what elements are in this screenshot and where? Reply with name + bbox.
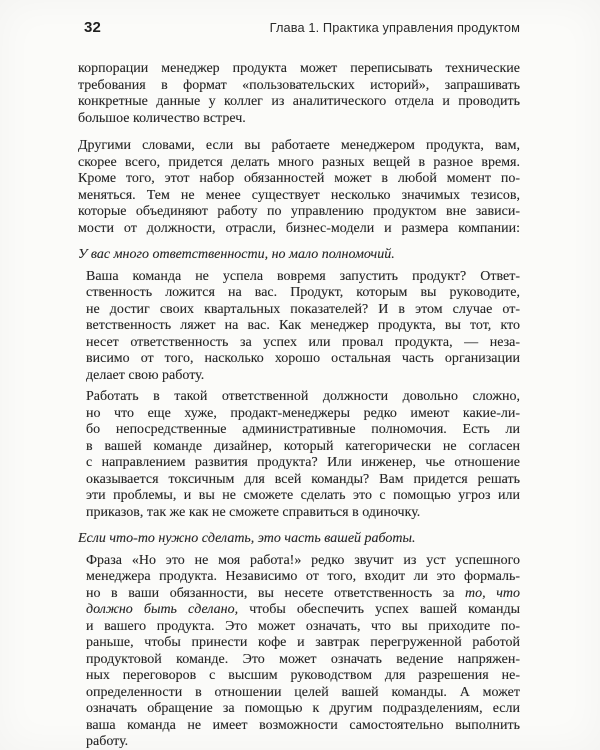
text-line: Другими словами, если вы работаете менед…: [78, 138, 520, 155]
text-line: Фраза «Но это не моя работа!» редко звуч…: [86, 553, 520, 570]
text-line: определенности в отношении целей вашей к…: [86, 685, 520, 702]
body-text: определенности в отношении целей вашей к…: [86, 685, 520, 700]
text-line: и вашего продукта. Это может означать, ч…: [86, 619, 520, 636]
body-text: скорее всего, придется делать много разн…: [78, 155, 520, 170]
body-text: ных переговоров с высшим руководством дл…: [86, 668, 520, 683]
text-line: Работать в такой ответственной должности…: [86, 389, 520, 406]
text-line: Если что-то нужно сделать, это часть ваш…: [78, 531, 520, 548]
paragraph: Ваша команда не успела вовремя запустить…: [78, 269, 520, 385]
text-line: с направлением развития продукта? Или ин…: [86, 455, 520, 472]
emphasis-text: должно быть сделано,: [86, 602, 238, 617]
paragraph: Работать в такой ответственной должности…: [78, 389, 520, 521]
body-text: требования в формат «пользовательских ис…: [78, 78, 520, 93]
text-line: означать обращение за помощью к другим п…: [86, 701, 520, 718]
body-text: Работать в такой ответственной должности…: [86, 389, 520, 404]
text-line: делает свою работу.: [86, 368, 520, 385]
text-line: конкретные данные у коллег из аналитичес…: [78, 94, 520, 111]
text-column: корпорации менеджер продукта может переп…: [78, 61, 520, 750]
body-text: Ваша команда не успела вовремя запустить…: [86, 269, 520, 284]
text-line: корпорации менеджер продукта может переп…: [78, 61, 520, 78]
book-page-scan: 32 Глава 1. Практика управления продукто…: [0, 0, 600, 750]
body-text: корпорации менеджер продукта может переп…: [78, 61, 520, 76]
running-header: 32 Глава 1. Практика управления продукто…: [84, 19, 520, 36]
text-line: Ваша команда не успела вовремя запустить…: [86, 269, 520, 286]
body-text: работу.: [86, 734, 128, 749]
text-line: не достиг своих квартальных показателей?…: [86, 302, 520, 319]
body-text: У вас много ответственности, но мало пол…: [78, 247, 395, 262]
text-line: должно быть сделано, чтобы обеспечить ус…: [86, 602, 520, 619]
text-line: ваша команда не имеет возможности самост…: [86, 718, 520, 735]
text-line: ных переговоров с высшим руководством дл…: [86, 668, 520, 685]
paragraph: корпорации менеджер продукта может переп…: [78, 61, 520, 127]
text-line: но в ваши обязанности, вы несете ответст…: [86, 586, 520, 603]
body-text: ветственность ляжет на вас. Как менеджер…: [86, 318, 520, 333]
body-text: раньше, чтобы принести кофе и завтрак пе…: [86, 635, 520, 650]
text-line: которые объединяют работу по управлению …: [78, 204, 520, 221]
body-text: которые объединяют работу по управлению …: [78, 204, 520, 219]
body-text: Фраза «Но это не моя работа!» редко звуч…: [86, 553, 520, 568]
text-line: приказов, так же как не сможете справить…: [86, 505, 520, 522]
page-number: 32: [84, 19, 101, 36]
text-line: в вашей команде дизайнер, который катего…: [86, 439, 520, 456]
chapter-title: Глава 1. Практика управления продуктом: [270, 20, 520, 35]
body-text: означать обращение за помощью к другим п…: [86, 701, 520, 716]
text-line: работу.: [86, 734, 520, 750]
body-text: чтобы обеспечить успех вашей команды: [238, 602, 520, 617]
body-text: делает свою работу.: [86, 368, 204, 383]
section-lead-in: Если что-то нужно сделать, это часть ваш…: [78, 531, 520, 548]
body-text: эти проблемы, и вы не сможете сделать эт…: [86, 488, 520, 503]
text-line: но что еще хуже, продакт-менеджеры редко…: [86, 406, 520, 423]
body-text: не достиг своих квартальных показателей?…: [86, 302, 520, 317]
text-line: требования в формат «пользовательских ис…: [78, 78, 520, 95]
text-line: висимо от того, насколько хорошо остальн…: [86, 351, 520, 368]
paragraph: Другими словами, если вы работаете менед…: [78, 138, 520, 237]
body-text: в вашей команде дизайнер, который катего…: [86, 439, 520, 454]
body-text: но что еще хуже, продакт-менеджеры редко…: [86, 406, 520, 421]
body-text: Другими словами, если вы работаете менед…: [78, 138, 520, 153]
text-line: меняться. Тем не менее существует нескол…: [78, 188, 520, 205]
text-line: большое количество встреч.: [78, 111, 520, 128]
paragraph: Фраза «Но это не моя работа!» редко звуч…: [78, 553, 520, 750]
body-text: конкретные данные у коллег из аналитичес…: [78, 94, 520, 109]
text-line: оказывается токсичным для всей команды? …: [86, 472, 520, 489]
body-text: менеджера продукта. Независимо от того, …: [86, 569, 520, 584]
body-text: но в ваши обязанности, вы несете ответст…: [86, 586, 465, 601]
text-line: эти проблемы, и вы не сможете сделать эт…: [86, 488, 520, 505]
text-line: раньше, чтобы принести кофе и завтрак пе…: [86, 635, 520, 652]
text-line: ственность ложится на вас. Продукт, кото…: [86, 285, 520, 302]
body-text: мости от должности, отрасли, бизнес-моде…: [78, 221, 520, 236]
text-line: Кроме того, этот набор обязанностей може…: [78, 171, 520, 188]
body-text: с направлением развития продукта? Или ин…: [86, 455, 520, 470]
body-text: продуктовой команде. Это может означать …: [86, 652, 520, 667]
text-line: бо непосредственные административные пол…: [86, 422, 520, 439]
body-text: ственность ложится на вас. Продукт, кото…: [86, 285, 520, 300]
text-line: ветственность ляжет на вас. Как менеджер…: [86, 318, 520, 335]
text-line: менеджера продукта. Независимо от того, …: [86, 569, 520, 586]
body-text: приказов, так же как не сможете справить…: [86, 505, 420, 520]
text-line: У вас много ответственности, но мало пол…: [78, 247, 520, 264]
body-text: висимо от того, насколько хорошо остальн…: [86, 351, 520, 366]
body-text: несет ответственность за успех или прова…: [86, 335, 520, 350]
body-text: ваша команда не имеет возможности самост…: [86, 718, 520, 733]
body-text: большое количество встреч.: [78, 111, 246, 126]
body-text: и вашего продукта. Это может означать, ч…: [86, 619, 520, 634]
body-text: Кроме того, этот набор обязанностей може…: [78, 171, 520, 186]
text-line: несет ответственность за успех или прова…: [86, 335, 520, 352]
text-line: продуктовой команде. Это может означать …: [86, 652, 520, 669]
text-line: мости от должности, отрасли, бизнес-моде…: [78, 221, 520, 238]
body-text: бо непосредственные административные пол…: [86, 422, 520, 437]
body-text: оказывается токсичным для всей команды? …: [86, 472, 520, 487]
emphasis-text: то, что: [465, 586, 520, 601]
body-text: меняться. Тем не менее существует нескол…: [78, 188, 520, 203]
body-text: Если что-то нужно сделать, это часть ваш…: [78, 531, 415, 546]
section-lead-in: У вас много ответственности, но мало пол…: [78, 247, 520, 264]
text-line: скорее всего, придется делать много разн…: [78, 155, 520, 172]
